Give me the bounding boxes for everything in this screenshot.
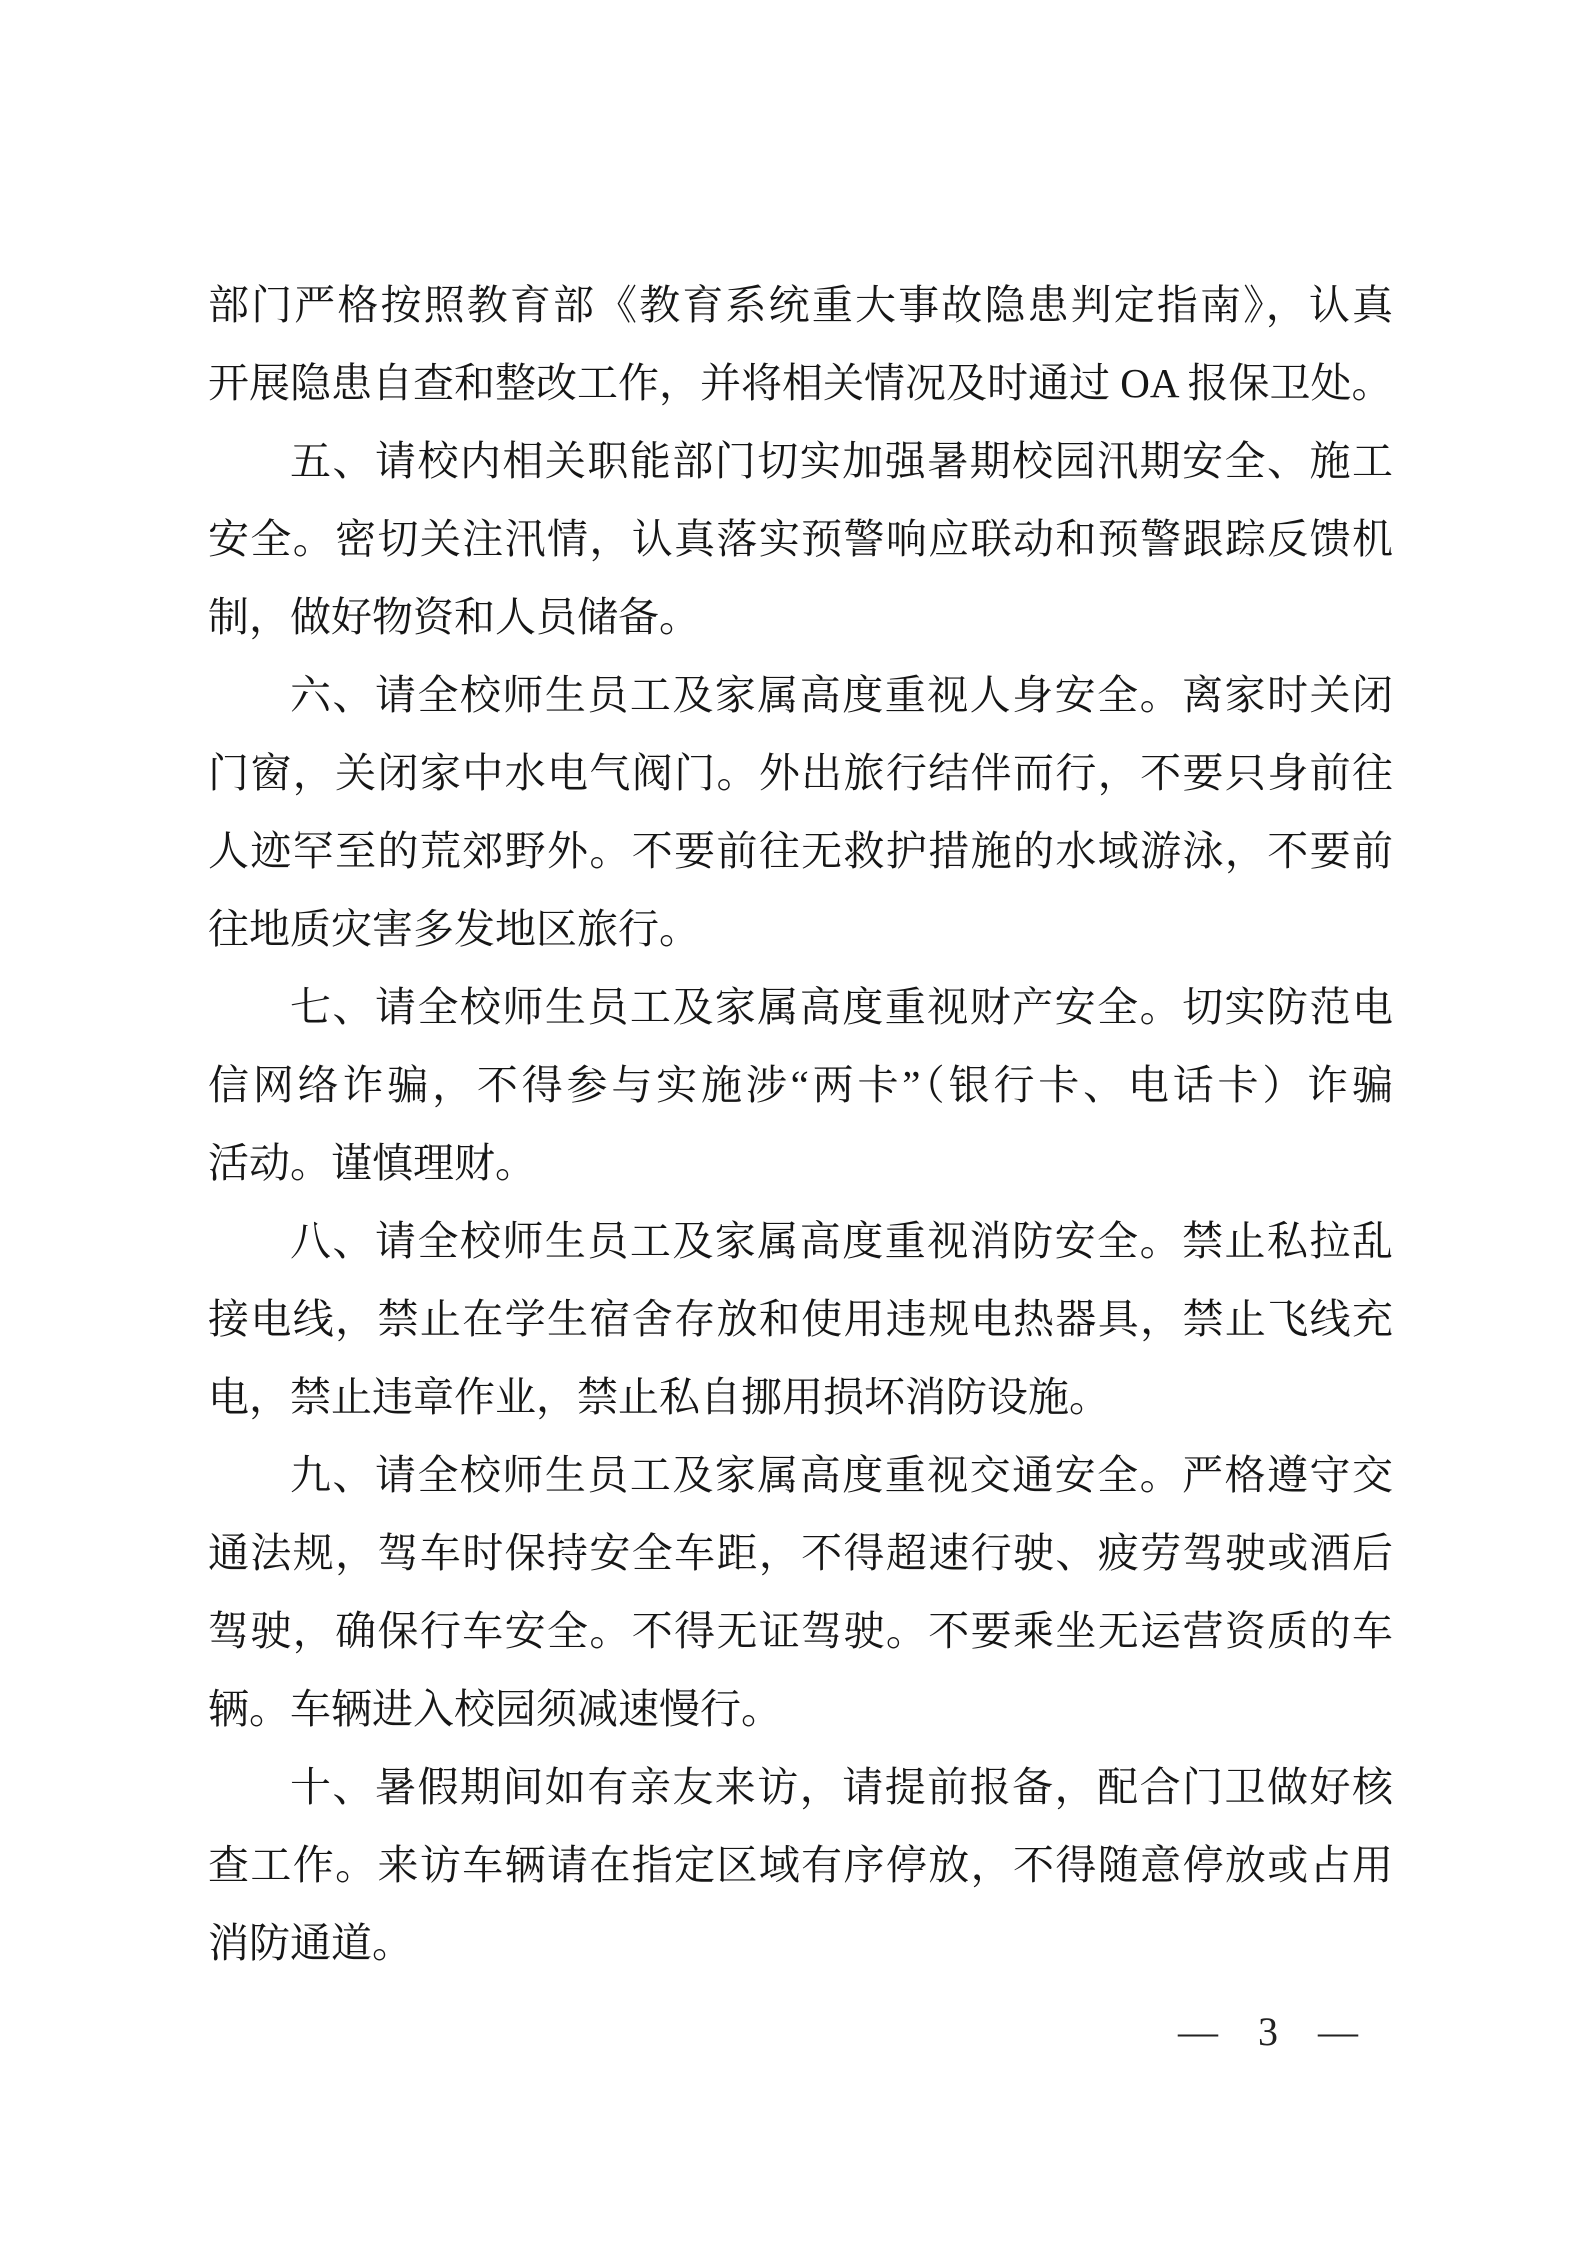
text-line: 七、请全校师生员工及家属高度重视财产安全。切实防范电 (208, 968, 1393, 1046)
text-line: 电，禁止违章作业，禁止私自挪用损坏消防设施。 (208, 1358, 1393, 1436)
text-line: 门窗，关闭家中水电气阀门。外出旅行结伴而行，不要只身前往 (208, 734, 1393, 812)
page-footer: — 3 — (1178, 2008, 1358, 2056)
text-line: 查工作。来访车辆请在指定区域有序停放，不得随意停放或占用 (208, 1826, 1393, 1904)
text-line: 接电线，禁止在学生宿舍存放和使用违规电热器具，禁止飞线充 (208, 1280, 1393, 1358)
text-line: 制，做好物资和人员储备。 (208, 578, 1393, 656)
text-line: 开展隐患自查和整改工作，并将相关情况及时通过 OA 报保卫处。 (208, 344, 1393, 422)
text-line: 五、请校内相关职能部门切实加强暑期校园汛期安全、施工 (208, 422, 1393, 500)
footer-dash-right: — (1318, 2008, 1358, 2056)
text-line: 部门严格按照教育部《教育系统重大事故隐患判定指南》，认真 (208, 266, 1393, 344)
text-line: 辆。车辆进入校园须减速慢行。 (208, 1670, 1393, 1748)
text-line: 六、请全校师生员工及家属高度重视人身安全。离家时关闭 (208, 656, 1393, 734)
page-number: 3 (1258, 2008, 1278, 2056)
text-line: 通法规，驾车时保持安全车距，不得超速行驶、疲劳驾驶或酒后 (208, 1514, 1393, 1592)
text-line: 消防通道。 (208, 1904, 1393, 1982)
text-line: 信网络诈骗，不得参与实施涉“两卡”（银行卡、电话卡）诈骗 (208, 1046, 1393, 1124)
text-line: 驾驶，确保行车安全。不得无证驾驶。不要乘坐无运营资质的车 (208, 1592, 1393, 1670)
text-line: 活动。谨慎理财。 (208, 1124, 1393, 1202)
document-page: 部门严格按照教育部《教育系统重大事故隐患判定指南》，认真 开展隐患自查和整改工作… (0, 0, 1588, 2245)
text-line: 十、暑假期间如有亲友来访，请提前报备，配合门卫做好核 (208, 1748, 1393, 1826)
footer-dash-left: — (1178, 2008, 1218, 2056)
text-line: 安全。密切关注汛情，认真落实预警响应联动和预警跟踪反馈机 (208, 500, 1393, 578)
text-line: 人迹罕至的荒郊野外。不要前往无救护措施的水域游泳，不要前 (208, 812, 1393, 890)
text-line: 往地质灾害多发地区旅行。 (208, 890, 1393, 968)
text-line: 八、请全校师生员工及家属高度重视消防安全。禁止私拉乱 (208, 1202, 1393, 1280)
text-line: 九、请全校师生员工及家属高度重视交通安全。严格遵守交 (208, 1436, 1393, 1514)
document-body-text: 部门严格按照教育部《教育系统重大事故隐患判定指南》，认真 开展隐患自查和整改工作… (208, 266, 1393, 1982)
